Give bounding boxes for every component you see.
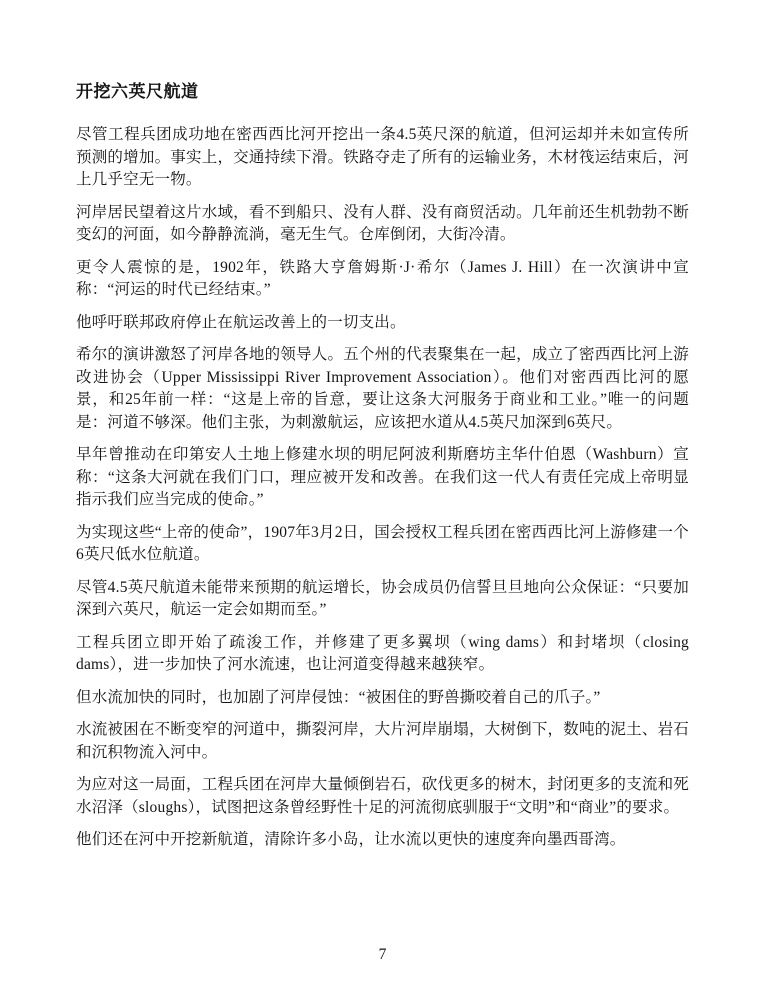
paragraph: 他们还在河中开挖新航道，清除许多小岛，让水流以更快的速度奔向墨西哥湾。	[76, 829, 689, 852]
paragraph: 为实现这些“上帝的使命”，1907年3月2日，国会授权工程兵团在密西西比河上游修…	[76, 522, 689, 567]
paragraph: 但水流加快的同时，也加剧了河岸侵蚀：“被困住的野兽撕咬着自己的爪子。”	[76, 687, 689, 710]
paragraph: 为应对这一局面，工程兵团在河岸大量倾倒岩石，砍伐更多的树木，封闭更多的支流和死水…	[76, 774, 689, 819]
paragraph: 早年曾推动在印第安人土地上修建水坝的明尼阿波利斯磨坊主华什伯恩（Washburn…	[76, 444, 689, 512]
paragraph: 尽管工程兵团成功地在密西西比河开挖出一条4.5英尺深的航道，但河运却并未如宣传所…	[76, 124, 689, 192]
paragraph: 工程兵团立即开始了疏浚工作，并修建了更多翼坝（wing dams）和封堵坝（cl…	[76, 632, 689, 677]
document-page: 开挖六英尺航道 尽管工程兵团成功地在密西西比河开挖出一条4.5英尺深的航道，但河…	[0, 0, 765, 1000]
paragraph: 希尔的演讲激怒了河岸各地的领导人。五个州的代表聚集在一起，成立了密西西比河上游改…	[76, 344, 689, 434]
paragraph: 河岸居民望着这片水域，看不到船只、没有人群、没有商贸活动。几年前还生机勃勃不断变…	[76, 202, 689, 247]
paragraph: 尽管4.5英尺航道未能带来预期的航运增长，协会成员仍信誓旦旦地向公众保证：“只要…	[76, 577, 689, 622]
page-number: 7	[0, 946, 765, 964]
paragraph: 更令人震惊的是，1902年，铁路大亨詹姆斯·J·希尔（James J. Hill…	[76, 257, 689, 302]
paragraph: 水流被困在不断变窄的河道中，撕裂河岸，大片河岸崩塌，大树倒下，数吨的泥土、岩石和…	[76, 719, 689, 764]
section-title: 开挖六英尺航道	[76, 80, 689, 104]
document-body: 尽管工程兵团成功地在密西西比河开挖出一条4.5英尺深的航道，但河运却并未如宣传所…	[76, 124, 689, 852]
paragraph: 他呼吁联邦政府停止在航运改善上的一切支出。	[76, 312, 689, 335]
